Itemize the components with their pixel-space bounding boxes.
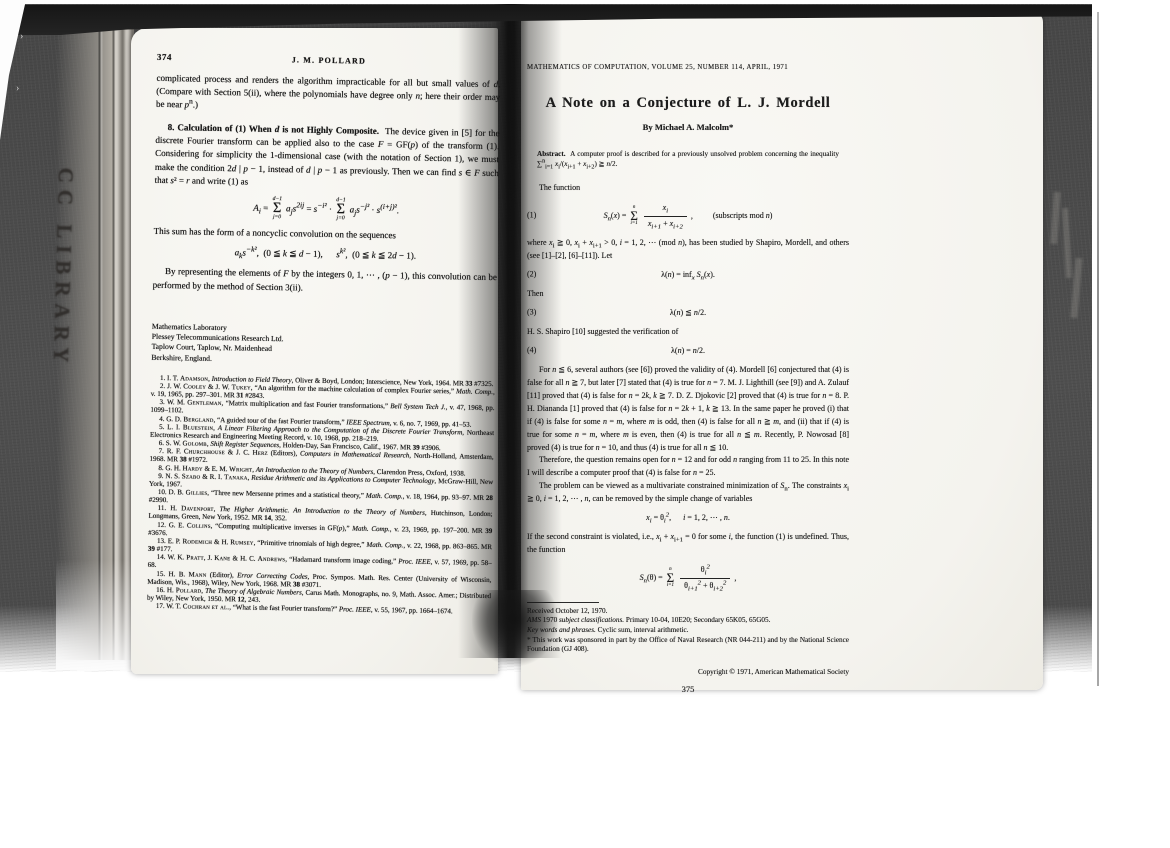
- paragraph-byrep: By representing the elements of F by the…: [153, 265, 497, 297]
- equation-number: (4): [527, 345, 536, 358]
- paragraph-problem: The problem can be viewed as a multivari…: [527, 480, 849, 506]
- left-page-content: 374 J. M. POLLARD complicated process an…: [147, 51, 501, 617]
- author-address: Mathematics Laboratory Plessey Telecommu…: [151, 321, 496, 368]
- section-heading: 8. Calculation of (1) When d is not High…: [168, 122, 380, 136]
- footnote-sponsor: * This work was sponsored in part by the…: [527, 636, 849, 655]
- footnote-keywords: Key words and phrases. Cyclic sum, inter…: [527, 626, 849, 636]
- abstract-label: Abstract.: [537, 150, 566, 158]
- library-stamp: CC LIBRARY: [48, 167, 78, 369]
- fraction: θi2θi+12 + θi+22: [680, 564, 730, 593]
- pen-mark: ›: [20, 32, 23, 42]
- equation-note: (subscripts mod n): [713, 210, 773, 223]
- equation-Ai: Ai = d−1Σj=0 ajs2ij = s−i² · d−1Σj=0 ajs…: [154, 195, 498, 225]
- fore-edge-smudges: [1046, 188, 1086, 348]
- summation-sign: nΣi=1: [667, 568, 675, 589]
- equation-1: (1) Sn(x) = nΣi=1 xixi+1 + xi+2 , (subsc…: [527, 202, 849, 231]
- paragraph-the-function: The function: [527, 182, 849, 195]
- smudge-mark: [1070, 258, 1082, 318]
- summation-sign: nΣi=1: [630, 206, 638, 227]
- article-byline: By Michael A. Malcolm*: [527, 121, 849, 134]
- paragraph-noncyclic: This sum has the form of a noncyclic con…: [154, 225, 498, 244]
- equation-4: (4) λ(n) = n/2.: [527, 345, 849, 358]
- page-edges-bottom-fade: [56, 560, 134, 670]
- right-page-content: MATHEMATICS OF COMPUTATION, VOLUME 25, N…: [527, 62, 849, 696]
- section-8-paragraph: 8. Calculation of (1) When d is not High…: [155, 121, 500, 193]
- paragraph-if-violated: If the second constraint is violated, i.…: [527, 531, 849, 557]
- equation-number: (2): [527, 269, 536, 282]
- smudge-mark: [1050, 192, 1061, 244]
- equation-number: (3): [527, 307, 536, 320]
- right-page: MATHEMATICS OF COMPUTATION, VOLUME 25, N…: [521, 12, 1043, 690]
- equation-final: Sn(θ) = nΣi=1 θi2θi+12 + θi+22 ,: [527, 564, 849, 593]
- summation-sign: d−1Σj=0: [272, 197, 282, 221]
- equation-change-of-variables: xi = θi2, i = 1, 2, ⋯ , n.: [527, 512, 849, 525]
- paragraph-therefore: Therefore, the question remains open for…: [527, 454, 849, 480]
- equation-sequences: aks−k², (0 ≦ k ≦ d − 1), sk², (0 ≦ k ≦ 2…: [153, 245, 497, 264]
- footnote-rule: [527, 602, 599, 603]
- article-title: A Note on a Conjecture of L. J. Mordell: [527, 97, 849, 110]
- paragraph-shapiro: H. S. Shapiro [10] suggested the verific…: [527, 326, 849, 339]
- equation-3: (3) λ(n) ≦ n/2.: [527, 307, 849, 320]
- footnote-ams: AMS 1970 subject classifications. Primar…: [527, 616, 849, 626]
- footnote-received: Received October 12, 1970.: [527, 607, 849, 617]
- pen-mark: ›: [16, 84, 19, 94]
- copyright-line: Copyright © 1971, American Mathematical …: [527, 666, 849, 679]
- equation-2: (2) λ(n) = infx Sn(x).: [527, 269, 849, 282]
- summation-sign: d−1Σj=0: [336, 198, 346, 222]
- page-edge-line-right: [1097, 12, 1099, 686]
- left-page-header: 374 J. M. POLLARD: [157, 51, 501, 71]
- running-head: J. M. POLLARD: [157, 51, 501, 70]
- paragraph-for-n: For n ≦ 6, several authors (see [6]) pro…: [527, 364, 849, 454]
- abstract: Abstract. A computer proof is described …: [527, 149, 849, 169]
- page-number: 375: [527, 683, 849, 696]
- paragraph-continuation: complicated process and renders the algo…: [156, 72, 501, 118]
- footnotes: Received October 12, 1970. AMS 1970 subj…: [527, 607, 849, 656]
- fraction: xixi+1 + xi+2: [644, 202, 687, 231]
- reference-list: 1. I. T. Adamson, Introduction to Field …: [147, 374, 495, 617]
- left-page: 374 J. M. POLLARD complicated process an…: [131, 28, 498, 674]
- paragraph-where: where xi ≧ 0, xi + xi+1 > 0, i = 1, 2, ⋯…: [527, 237, 849, 263]
- smudge-mark: [1062, 208, 1072, 278]
- journal-running-head: MATHEMATICS OF COMPUTATION, VOLUME 25, N…: [527, 62, 849, 75]
- equation-number: (1): [527, 210, 536, 223]
- paragraph-then: Then: [527, 288, 849, 301]
